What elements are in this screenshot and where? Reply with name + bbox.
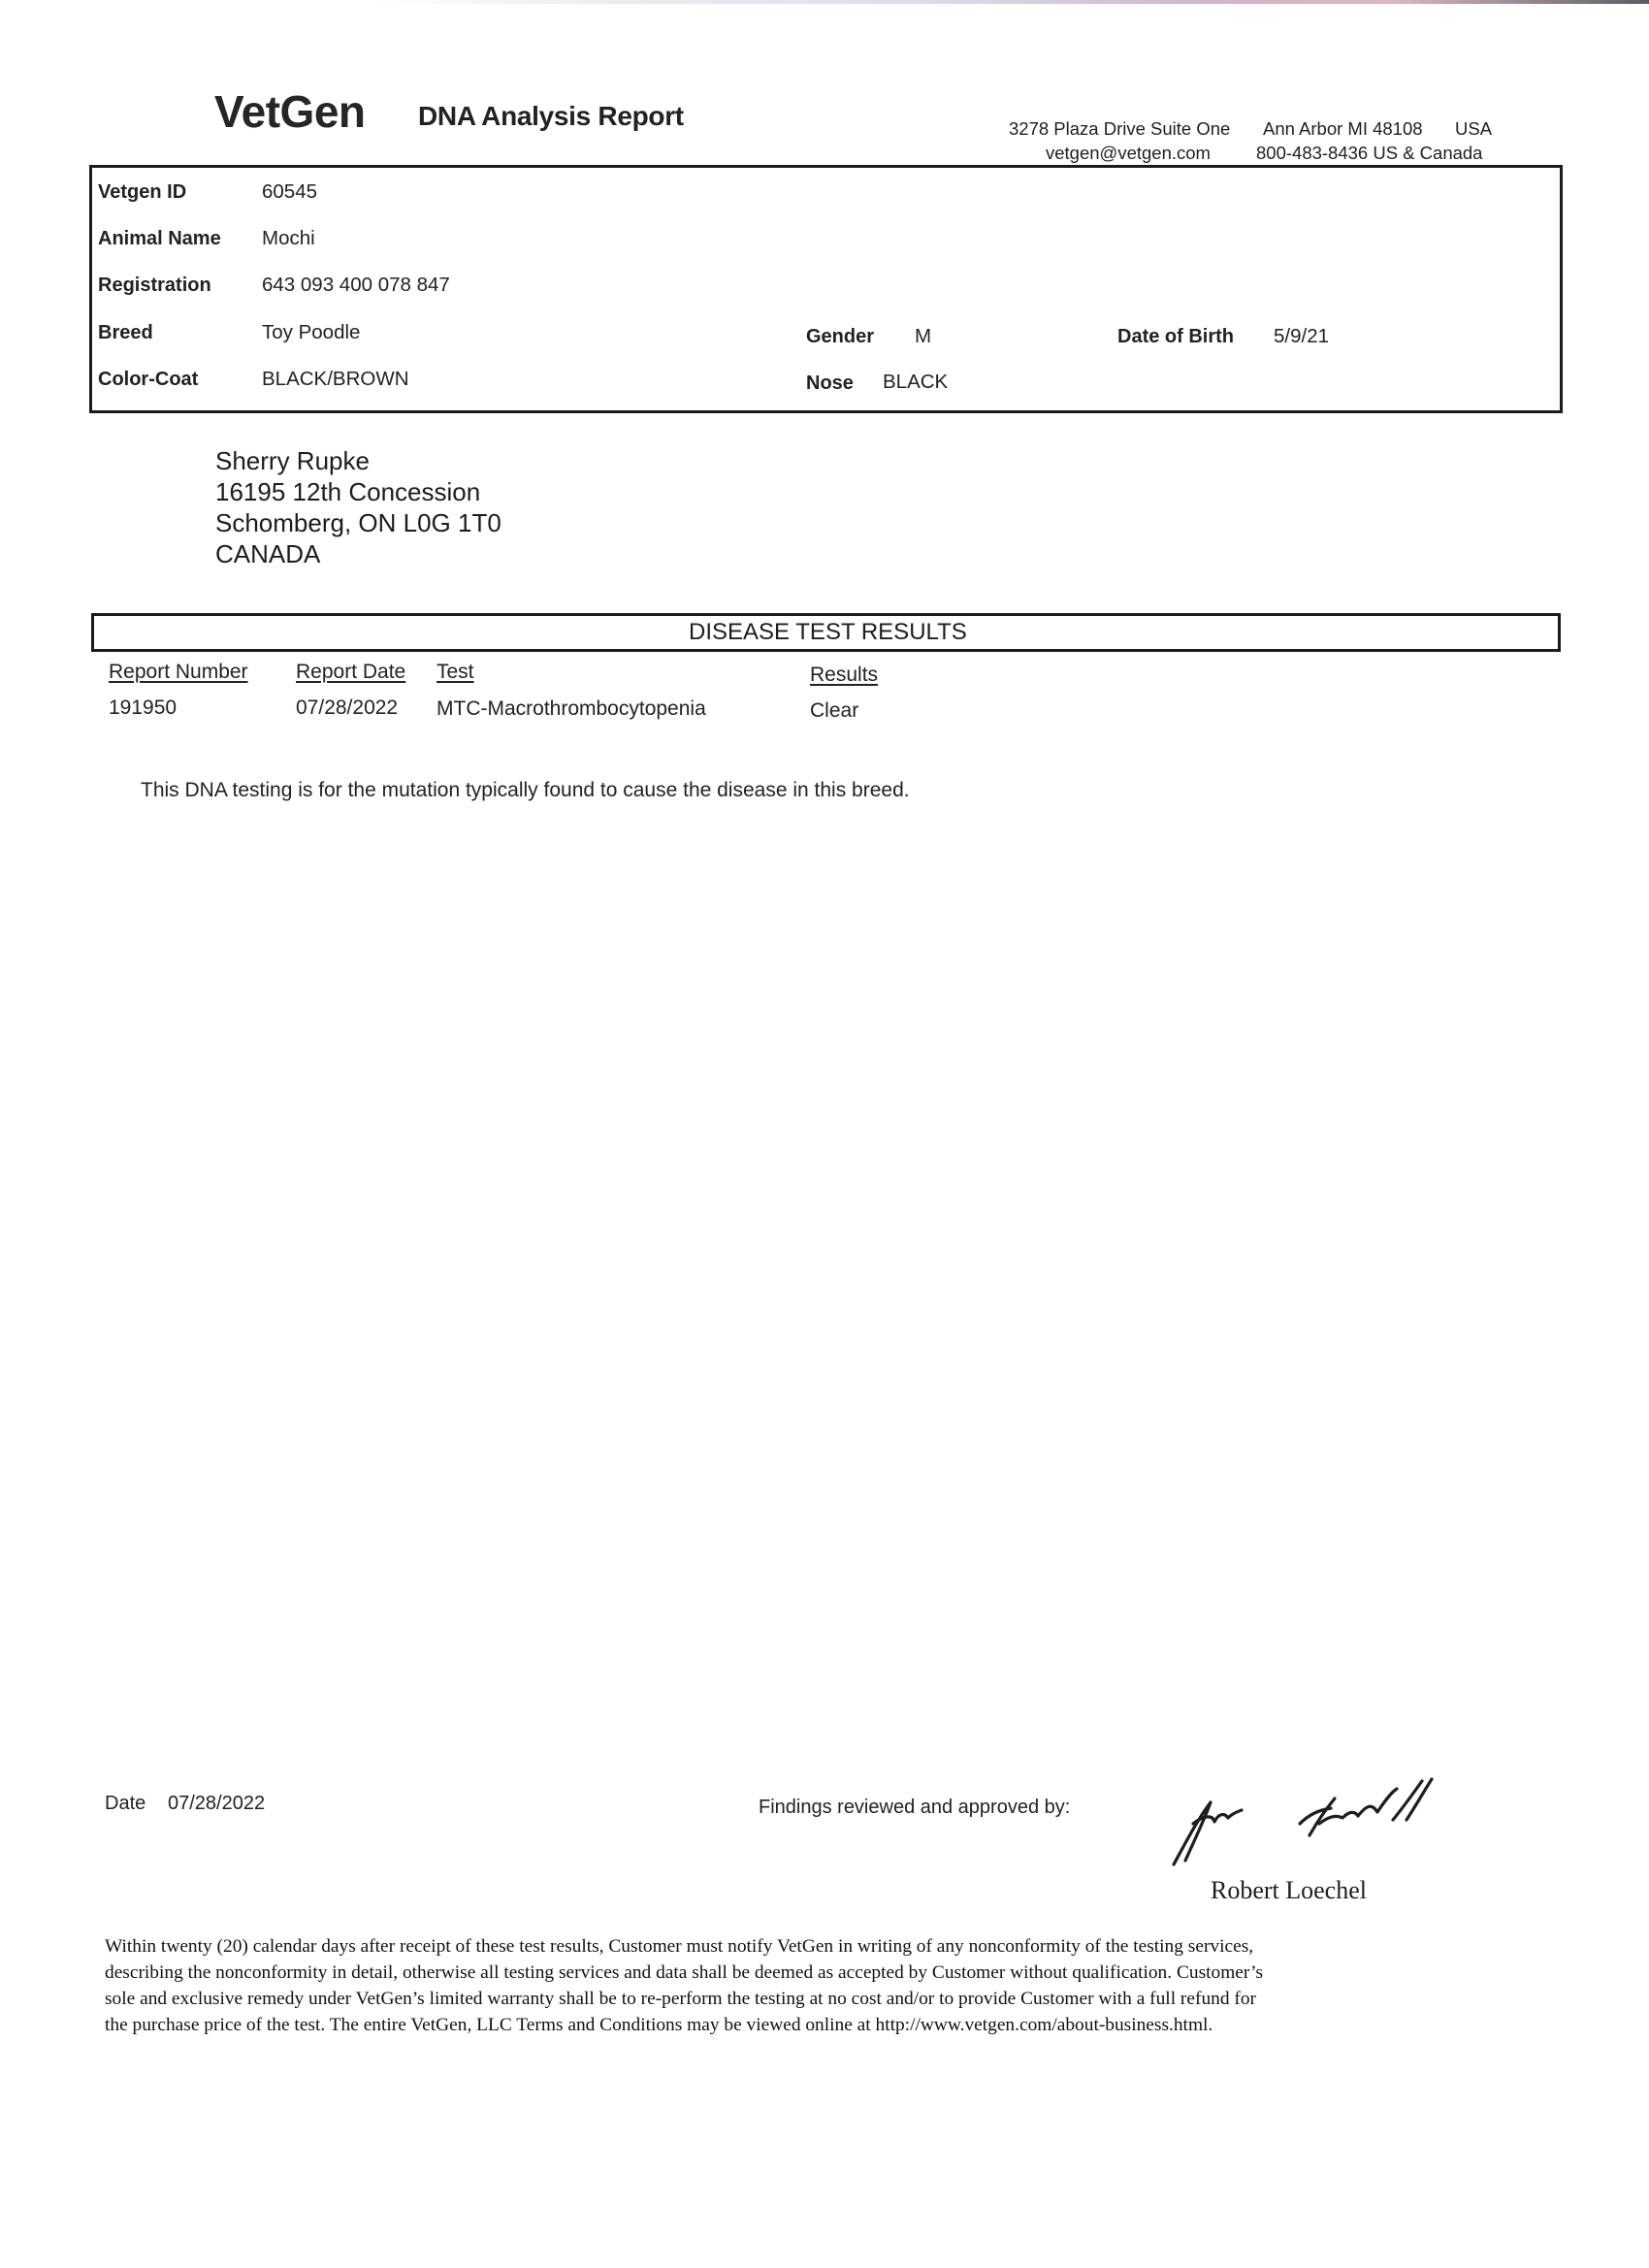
column-header-test: Test — [436, 661, 474, 684]
breed-value: Toy Poodle — [262, 321, 360, 344]
color-coat-label: Color-Coat — [98, 369, 198, 391]
date-of-birth-label: Date of Birth — [1117, 326, 1234, 348]
results-title: DISEASE TEST RESULTS — [689, 619, 967, 646]
owner-country: CANADA — [215, 539, 320, 569]
legal-line: describing the nonconformity in detail, … — [105, 1960, 1405, 1986]
signature-icon — [1164, 1775, 1445, 1882]
animal-name-label: Animal Name — [98, 228, 221, 250]
date-of-birth-value: 5/9/21 — [1274, 325, 1329, 348]
brand-logo: VetGen — [214, 85, 366, 138]
vetgen-id-label: Vetgen ID — [98, 181, 186, 204]
scan-artifact-streak — [369, 0, 1649, 4]
registration-label: Registration — [98, 275, 211, 297]
column-header-report-number: Report Number — [109, 661, 248, 684]
owner-name: Sherry Rupke — [215, 446, 370, 476]
legal-line: sole and exclusive remedy under VetGen’s… — [105, 1986, 1405, 2012]
result-cell: Clear — [810, 699, 858, 723]
report-date-label: Date — [105, 1793, 145, 1815]
company-city: Ann Arbor MI 48108 — [1263, 118, 1423, 140]
company-email: vetgen@vetgen.com — [1046, 143, 1211, 164]
nose-value: BLACK — [883, 371, 948, 394]
animal-name-value: Mochi — [262, 227, 315, 250]
approval-label: Findings reviewed and approved by: — [759, 1797, 1070, 1819]
legal-disclaimer: Within twenty (20) calendar days after r… — [105, 1933, 1405, 2038]
owner-city-line: Schomberg, ON L0G 1T0 — [215, 508, 501, 538]
report-title: DNA Analysis Report — [418, 101, 684, 132]
company-street: 3278 Plaza Drive Suite One — [1009, 118, 1230, 140]
gender-label: Gender — [806, 326, 874, 348]
column-header-results: Results — [810, 664, 878, 687]
report-number-cell: 191950 — [109, 697, 177, 720]
column-header-report-date: Report Date — [296, 661, 405, 684]
report-date-cell: 07/28/2022 — [296, 697, 398, 720]
signer-name: Robert Loechel — [1211, 1876, 1367, 1905]
nose-label: Nose — [806, 373, 854, 395]
color-coat-value: BLACK/BROWN — [262, 368, 409, 391]
company-country: USA — [1455, 118, 1492, 140]
owner-street: 16195 12th Concession — [215, 477, 480, 507]
legal-line: Within twenty (20) calendar days after r… — [105, 1933, 1405, 1960]
test-name-cell: MTC-Macrothrombocytopenia — [436, 697, 706, 721]
vetgen-id-value: 60545 — [262, 180, 317, 204]
registration-value: 643 093 400 078 847 — [262, 274, 450, 297]
gender-value: M — [915, 325, 931, 348]
legal-line: the purchase price of the test. The enti… — [105, 2012, 1405, 2038]
report-date-value: 07/28/2022 — [168, 1793, 265, 1815]
testing-note: This DNA testing is for the mutation typ… — [141, 779, 910, 802]
breed-label: Breed — [98, 322, 153, 344]
company-phone: 800-483-8436 US & Canada — [1256, 143, 1482, 164]
